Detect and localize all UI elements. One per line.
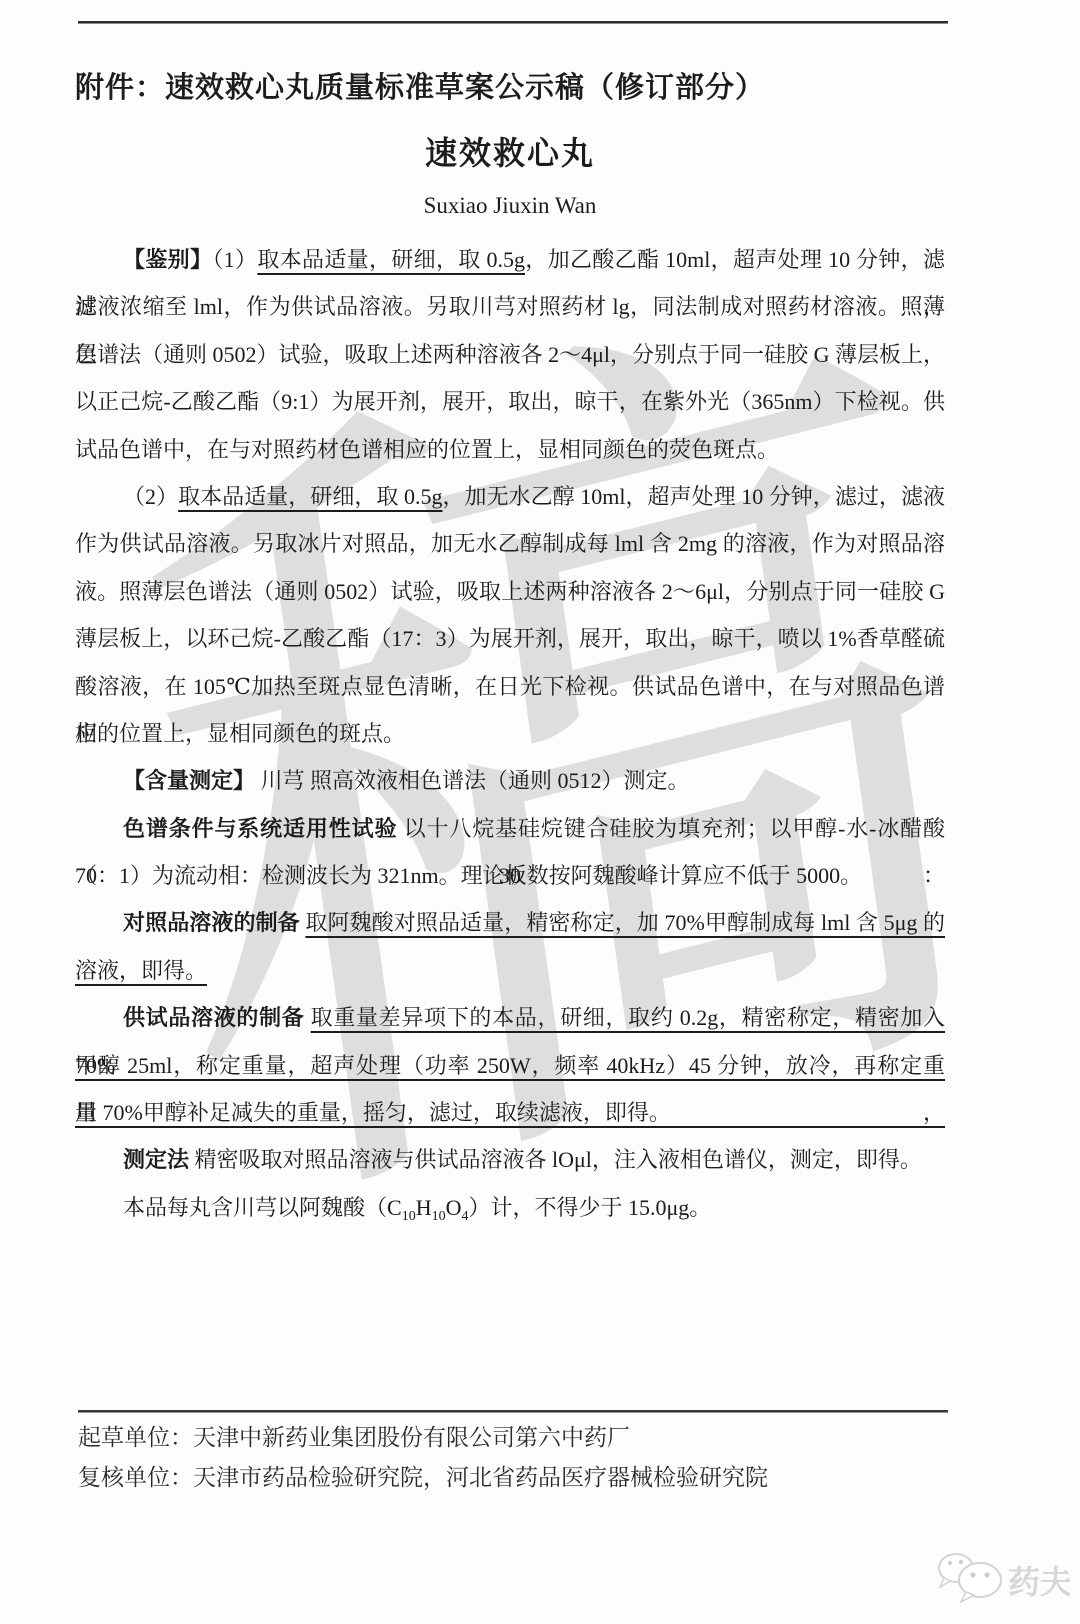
- text-line: 【含量测定】 川芎 照高效液相色谱法（通则 0512）测定。: [75, 757, 945, 804]
- attachment-title: 附件：速效救心丸质量标准草案公示稿（修订部分）: [75, 68, 945, 108]
- text-line: 以正己烷-乙酸乙酯（9:1）为展开剂，展开，取出，晾干，在紫外光（365nm）下…: [75, 378, 945, 425]
- document-page: 稿 附件：速效救心丸质量标准草案公示稿（修订部分） 速效救心丸 Suxiao J…: [0, 0, 1080, 1624]
- text-segment: 10: [402, 1209, 416, 1224]
- text-segment: 取阿魏酸对照品适量，精密称定，加 70%甲醇制成每 lml 含 5μg 的: [305, 910, 945, 935]
- text-line: 作为供试品溶液。另取冰片对照品，加无水乙醇制成每 lml 含 2mg 的溶液，作…: [75, 520, 945, 567]
- text-segment: 供试品溶液的制备: [123, 1005, 304, 1030]
- text-line: 本品每丸含川芎以阿魏酸（C10H10O4）计，不得少于 15.0μg。: [75, 1184, 945, 1231]
- text-segment: 试品色谱中，在与对照药材色谱相应的位置上，显相同颜色的荧色斑点。: [75, 437, 779, 462]
- text-segment: 70：1）为流动相：检测波长为 321nm。理论板数按阿魏酸峰计算应不低于 50…: [75, 863, 862, 888]
- text-line: 薄层板上，以环己烷-乙酸乙酯（17：3）为展开剂，展开，取出，晾干，喷以 1%香…: [75, 615, 945, 662]
- product-title: 速效救心丸: [75, 130, 945, 176]
- brand-label: 药夫: [1008, 1564, 1070, 1600]
- text-segment: 取本品适量，研细，取 0.5g: [178, 484, 442, 509]
- text-line: 测定法 精密吸取对照品溶液与供试品溶液各 lOμl，注入液相色谱仪，测定，即得。: [75, 1136, 945, 1183]
- text-line: 应的位置上，显相同颜色的斑点。: [75, 710, 945, 757]
- body-lines: 【鉴别】（1）取本品适量，研细，取 0.5g，加乙酸乙酯 10ml，超声处理 1…: [75, 236, 945, 1231]
- text-segment: 色谱法（通则 0502）试验，吸取上述两种溶液各 2～4μl，分别点于同一硅胶 …: [75, 342, 945, 367]
- chat-bubbles-icon: 药夫: [930, 1550, 1070, 1610]
- text-line: 色谱法（通则 0502）试验，吸取上述两种溶液各 2～4μl，分别点于同一硅胶 …: [75, 331, 945, 378]
- text-segment: 【鉴别】: [123, 247, 212, 272]
- text-segment: 对照品溶液的制备: [123, 910, 300, 935]
- text-segment: 液。照薄层色谱法（通则 0502）试验，吸取上述两种溶液各 2～6μl，分别点于…: [75, 579, 945, 604]
- text-segment: 本品每丸含川芎以阿魏酸（C: [123, 1195, 402, 1220]
- text-segment: ）计，不得少于 15.0μg。: [468, 1195, 711, 1220]
- text-line: 70：1）为流动相：检测波长为 321nm。理论板数按阿魏酸峰计算应不低于 50…: [75, 852, 945, 899]
- text-segment: 作为供试品溶液。另取冰片对照品，加无水乙醇制成每 lml 含 2mg 的溶液，作…: [75, 531, 945, 556]
- text-segment: ，加无水乙醇 10ml，超声处理 10 分钟，滤过，滤液: [442, 484, 945, 509]
- text-segment: （2）: [123, 484, 178, 509]
- text-segment: 测定法: [123, 1147, 189, 1172]
- text-line: 滤液浓缩至 lml，作为供试品溶液。另取川芎对照药材 lg，同法制成对照药材溶液…: [75, 283, 945, 330]
- text-segment: 以正己烷-乙酸乙酯（9:1）为展开剂，展开，取出，晾干，在紫外光（365nm）下…: [75, 389, 945, 414]
- text-line: 甲醇 25ml，称定重量，超声处理（功率 250W，频率 40kHz）45 分钟…: [75, 1042, 945, 1089]
- footer-drafter: 起草单位：天津中新药业集团股份有限公司第六中药厂: [78, 1418, 1018, 1458]
- brand-logo: 药夫: [930, 1550, 1070, 1610]
- text-segment: 色谱条件与系统适用性试验: [123, 816, 397, 841]
- text-line: 【鉴别】（1）取本品适量，研细，取 0.5g，加乙酸乙酯 10ml，超声处理 1…: [75, 236, 945, 283]
- footer-text: 起草单位：天津中新药业集团股份有限公司第六中药厂 复核单位：天津市药品检验研究院…: [78, 1418, 1018, 1498]
- footer-rule: [78, 1410, 948, 1413]
- text-line: 对照品溶液的制备 取阿魏酸对照品适量，精密称定，加 70%甲醇制成每 lml 含…: [75, 899, 945, 946]
- text-segment: 应的位置上，显相同颜色的斑点。: [75, 721, 405, 746]
- text-segment: 【含量测定】: [123, 768, 255, 793]
- text-segment: O: [446, 1195, 462, 1220]
- text-line: 色谱条件与系统适用性试验 以十八烷基硅烷键合硅胶为填充剂；以甲醇-水-冰醋酸（3…: [75, 805, 945, 852]
- text-segment: 10: [432, 1209, 446, 1224]
- text-segment: 薄层板上，以环己烷-乙酸乙酯（17：3）为展开剂，展开，取出，晾干，喷以 1%香…: [75, 626, 945, 651]
- text-segment: H: [416, 1195, 432, 1220]
- text-line: 供试品溶液的制备 取重量差异项下的本品，研细，取约 0.2g，精密称定，精密加入…: [75, 994, 945, 1041]
- footer-reviewer: 复核单位：天津市药品检验研究院，河北省药品医疗器械检验研究院: [78, 1458, 1018, 1498]
- text-line: （2）取本品适量，研细，取 0.5g，加无水乙醇 10ml，超声处理 10 分钟…: [75, 473, 945, 520]
- text-line: 溶液，即得。: [75, 947, 945, 994]
- text-line: 试品色谱中，在与对照药材色谱相应的位置上，显相同颜色的荧色斑点。: [75, 426, 945, 473]
- text-segment: 用 70%甲醇补足减失的重量，摇匀，滤过，取续滤液，即得。: [75, 1100, 671, 1125]
- text-segment: 川芎 照高效液相色谱法（通则 0512）测定。: [255, 768, 690, 793]
- text-line: 酸溶液，在 105℃加热至斑点显色清晰，在日光下检视。供试品色谱中，在与对照品色…: [75, 663, 945, 710]
- pinyin-title: Suxiao Jiuxin Wan: [75, 190, 945, 222]
- text-segment: （1）: [212, 247, 257, 272]
- text-line: 液。照薄层色谱法（通则 0502）试验，吸取上述两种溶液各 2～6μl，分别点于…: [75, 568, 945, 615]
- text-segment: 溶液，即得。: [75, 958, 207, 983]
- text-segment: 取本品适量，研细，取 0.5g: [257, 247, 525, 272]
- text-segment: 精密吸取对照品溶液与供试品溶液各 lOμl，注入液相色谱仪，测定，即得。: [189, 1147, 922, 1172]
- top-rule: [78, 21, 948, 24]
